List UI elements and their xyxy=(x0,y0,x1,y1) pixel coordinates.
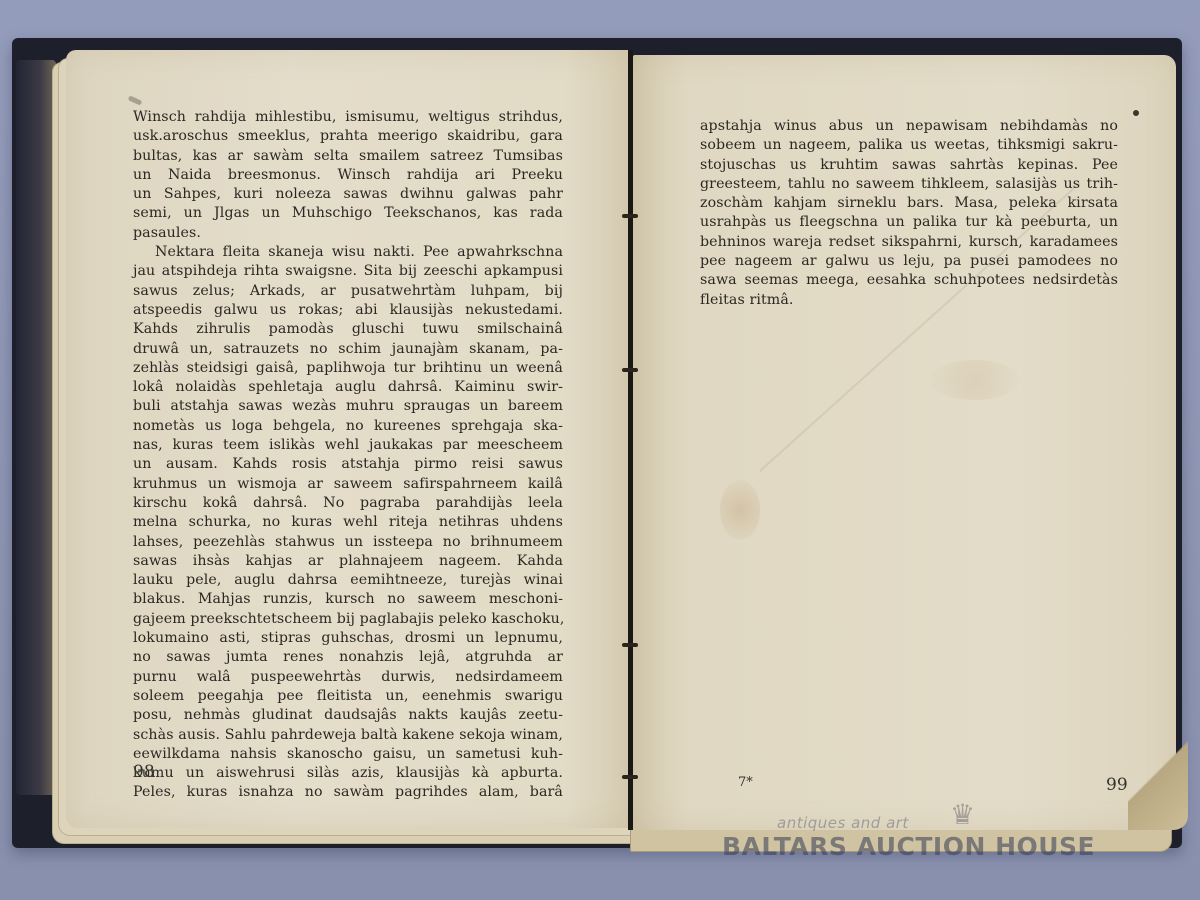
watermark-name: BALTARS AUCTION HOUSE xyxy=(722,832,1095,861)
text-line: pee nageem ar galwu us leju, pa pusei pa… xyxy=(700,252,1118,271)
crown-icon: ♛ xyxy=(950,802,984,828)
text-line: gajeem preekschtetscheem bij paglabajis … xyxy=(133,610,563,629)
text-line: apstahja winus abus un nepawisam nebihda… xyxy=(700,117,1118,136)
book-spine-edge xyxy=(16,60,56,795)
text-line: no sawas jumta renes nonahzis lejâ, atgr… xyxy=(133,648,563,667)
text-line: usk.aroschus smeeklus, prahta meerigo sk… xyxy=(133,127,563,146)
text-line: sawas ihsàs kahjas ar plahnajeem nageem.… xyxy=(133,552,563,571)
text-line: Nektara fleita skaneja wisu nakti. Pee a… xyxy=(133,243,563,262)
text-line: pasaules. xyxy=(133,224,563,243)
text-line: melna schurka, no kuras wehl riteja neti… xyxy=(133,513,563,532)
text-line: Winsch rahdija mihlestibu, ismisumu, wel… xyxy=(133,108,563,127)
text-line: jau atspihdeja rihta swaigsne. Sita bij … xyxy=(133,262,563,281)
text-line: kirschu kokâ dahrsâ. No pagraba parahdij… xyxy=(133,494,563,513)
text-line: kumu un aiswehrusi silàs azis, klausijàs… xyxy=(133,764,563,783)
photo-scene: Winsch rahdija mihlestibu, ismisumu, wel… xyxy=(0,0,1200,900)
text-line: buli atstahja sawas wezàs muhru spraugas… xyxy=(133,397,563,416)
signature-mark: 7* xyxy=(738,775,753,790)
folded-page-corner xyxy=(1128,740,1188,830)
page-number-left: 98 xyxy=(133,762,155,782)
text-line: schàs ausis. Sahlu pahrdeweja baltà kake… xyxy=(133,726,563,745)
text-line: kruhmus un wismoja ar saweem safirspahrn… xyxy=(133,475,563,494)
page-number-right: 99 xyxy=(1106,775,1128,795)
text-line: sawa seemas meega, eesahka schuhpotees n… xyxy=(700,271,1118,290)
left-page-text: Winsch rahdija mihlestibu, ismisumu, wel… xyxy=(133,108,563,803)
text-line: bultas, kas ar sawàm selta smailem satre… xyxy=(133,147,563,166)
text-line: behninos wareja redset sikspahrni, kursc… xyxy=(700,233,1118,252)
text-line: purnu walâ puspeewehrtàs durwis, nedsird… xyxy=(133,668,563,687)
text-line: blakus. Mahjas runzis, kursch no saweem … xyxy=(133,590,563,609)
text-line: lauku pele, auglu dahrsa eemihtneeze, tu… xyxy=(133,571,563,590)
text-line: nas, kuras teem islikàs wehl jaukakas pa… xyxy=(133,436,563,455)
text-line: usrahpàs us fleegschna un palika tur kà … xyxy=(700,213,1118,232)
text-line: Peles, kuras isnahza no sawàm pagrihdes … xyxy=(133,783,563,802)
paper-stain xyxy=(720,480,760,540)
text-line: lokumaino asti, stipras guhschas, drosmi… xyxy=(133,629,563,648)
binding-stitch xyxy=(622,214,638,218)
watermark-tagline: antiques and art xyxy=(777,814,909,832)
text-line: sobeem un nageem, palika us weetas, tihk… xyxy=(700,136,1118,155)
text-line: atspeedis galwu us rokas; abi klausijàs … xyxy=(133,301,563,320)
text-line: lahses, peezehlàs stahwus un issteepa no… xyxy=(133,533,563,552)
text-line: zehlàs steidsigi gaisâ, paplihwoja tur b… xyxy=(133,359,563,378)
text-line: druwâ un, satrauzets no schim jaunajàm s… xyxy=(133,340,563,359)
text-line: un Naida breesmonus. Winsch rahdija ari … xyxy=(133,166,563,185)
text-line: soleem peegahja pee fleitista un, eenehm… xyxy=(133,687,563,706)
text-line: greesteem, tahlu no saweem tihkleem, sal… xyxy=(700,175,1118,194)
text-line: posu, nehmàs gludinat daudsajâs nakts ka… xyxy=(133,706,563,725)
text-line: stojuschas us kruhtim sawas sahrtàs kepi… xyxy=(700,156,1118,175)
text-line: semi, un Jlgas un Muhschigo Teekschanos,… xyxy=(133,204,563,223)
book-gutter xyxy=(628,50,633,830)
binding-stitch xyxy=(622,368,638,372)
text-line: lokâ nolaidàs spehletaja auglu dahrsâ. K… xyxy=(133,378,563,397)
text-line: Kahds zihrulis pamodàs gluschi tuwu smil… xyxy=(133,320,563,339)
watermark: ♛ antiques and art BALTARS AUCTION HOUSE xyxy=(722,812,1122,872)
page-hole xyxy=(1133,110,1139,116)
text-line: sawus zelus; Arkads, ar pusatwehrtàm luh… xyxy=(133,282,563,301)
text-line: un Sahpes, kuri noleeza sawas dwihnu gal… xyxy=(133,185,563,204)
binding-stitch xyxy=(622,643,638,647)
right-page-text: apstahja winus abus un nepawisam nebihda… xyxy=(700,117,1118,310)
text-line: zoschàm kahjam sirneklu bars. Masa, pele… xyxy=(700,194,1118,213)
text-line: fleitas ritmâ. xyxy=(700,291,1118,310)
text-line: nometàs us loga behgela, no kureenes spr… xyxy=(133,417,563,436)
text-line: eewilkdama nahsis skanoscho gaisu, un sa… xyxy=(133,745,563,764)
text-line: un ausam. Kahds rosis atstahja pirmo rei… xyxy=(133,455,563,474)
binding-stitch xyxy=(622,775,638,779)
paper-stain xyxy=(930,360,1020,400)
